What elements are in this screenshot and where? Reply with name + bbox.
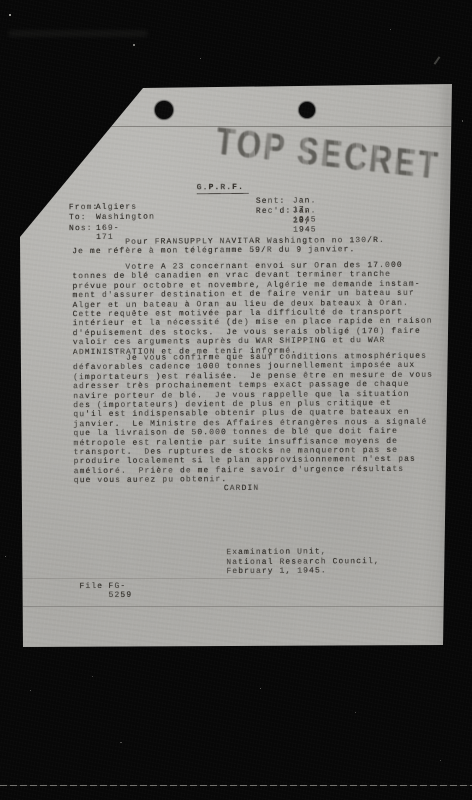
file-number: FG-5259 xyxy=(109,582,133,601)
film-speck xyxy=(260,688,261,689)
body-paragraph-1: Pour FRANSUPPLY NAVITAR Washington no 13… xyxy=(72,236,385,257)
recd-value: Jan. 20, 1945 xyxy=(293,207,317,235)
body-paragraph-2: Votre A 23 concernant envoi sur Oran des… xyxy=(72,261,433,358)
document-title: G.P.R.F. xyxy=(197,183,249,195)
film-frame-line xyxy=(0,785,472,786)
film-speck xyxy=(462,120,463,122)
film-smear-mark xyxy=(8,30,148,37)
film-speck xyxy=(30,690,31,691)
microfilm-frame: TOP SECRET G.P.R.F. From: Algiers To: Wa… xyxy=(0,0,472,800)
recd-label: Rec'd: xyxy=(256,207,291,217)
from-value: Algiers xyxy=(96,203,137,213)
document-page: TOP SECRET G.P.R.F. From: Algiers To: Wa… xyxy=(20,84,452,647)
film-speck xyxy=(92,676,93,677)
to-value: Washington xyxy=(96,213,155,223)
body-paragraph-3: Je vous confirme que sauf conditions atm… xyxy=(73,352,434,486)
film-speck xyxy=(9,14,11,16)
film-speck xyxy=(440,760,441,761)
film-speck xyxy=(133,44,135,46)
examination-unit-block: Examination Unit, National Research Coun… xyxy=(226,547,380,577)
film-speck xyxy=(120,742,122,743)
film-speck xyxy=(355,712,356,713)
file-label: File xyxy=(80,582,104,591)
film-speck xyxy=(200,58,201,59)
sent-label: Sent: xyxy=(256,197,286,207)
film-speck xyxy=(390,29,391,30)
document-content: G.P.R.F. From: Algiers To: Washington No… xyxy=(18,82,454,648)
file-reference: File FG-5259 xyxy=(80,582,104,592)
nos-label: Nos: xyxy=(69,224,93,234)
from-label: From: xyxy=(69,203,99,213)
film-speck xyxy=(5,556,6,557)
to-label: To: xyxy=(69,213,87,223)
signature: CARDIN xyxy=(224,484,259,494)
film-scratch xyxy=(434,56,441,65)
